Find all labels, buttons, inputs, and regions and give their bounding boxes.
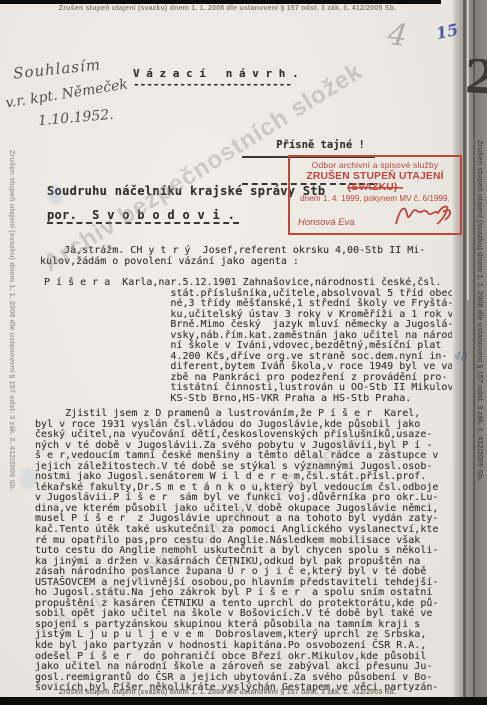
paper-smudge: [48, 185, 63, 204]
right-edge-notice: Zrušen stupeň utajení (svazku) dnem 1. 1…: [476, 140, 485, 481]
stamp-line2: ZRUŠEN STUPEŇ UTAJENÍ (SVAZKU): [290, 171, 460, 193]
doc-title-underline: ------------------------: [133, 80, 292, 91]
edge-highlight: [467, 0, 469, 300]
body-paragraph-2: P í š e r a Karla,nar.5.12.1901 Zahnašov…: [44, 278, 453, 405]
addressee-line1: Soudruhu náčelníku krajské správy Stb: [47, 186, 325, 197]
bottom-declassification-notice: Zrušen stupeň utajení (svazku) dnem 1. 1…: [0, 689, 455, 696]
edge-number: 2: [464, 49, 487, 105]
body-paragraph-1: Já,strážm. CH y t r ý Josef,referent okr…: [40, 246, 425, 267]
classification-text: Přísně tajné !: [276, 139, 365, 151]
edge-streak: [473, 0, 475, 705]
pencil-mark: 4: [386, 17, 409, 54]
top-redaction-bar: [0, 0, 441, 4]
stamp-line1: Odbor archivní a spisové služby: [290, 160, 460, 170]
addressee-line2: por. S v o b o d o v i .: [47, 210, 239, 224]
paper-smudge: [20, 468, 37, 489]
left-margin-notice: Zrušen stupeň utajení (svazku) dnem 1. 1…: [8, 150, 17, 491]
approval-note-line1: Souhlasím: [12, 55, 101, 82]
approval-note-date: 1.10.1952.: [37, 107, 114, 130]
declassification-stamp: Odbor archivní a spisové služby ZRUŠEN S…: [288, 155, 462, 235]
stamp-signature-icon: [393, 198, 455, 230]
right-page-edge: 2 Zrušen stupeň utajení (svazku) dnem 1.…: [452, 0, 487, 705]
top-declassification-notice: Zrušen stupeň utajení (svazku) dnem 1. 1…: [0, 5, 455, 12]
body-paragraph-3: Zjistil jsem z D pramenů a lustrováním,ž…: [35, 409, 438, 694]
document-page: Zrušen stupeň utajení (svazku) dnem 1. 1…: [0, 0, 487, 705]
stamp-line2-struck: (SVAZKU): [347, 182, 402, 193]
stamp-signer-name: Honsová Eva: [298, 217, 355, 228]
edge-note-48: 48: [453, 349, 469, 365]
bottom-redaction-bar: [0, 697, 487, 705]
stamp-line2-main: ZRUŠEN STUPEŇ UTAJENÍ: [306, 171, 443, 182]
